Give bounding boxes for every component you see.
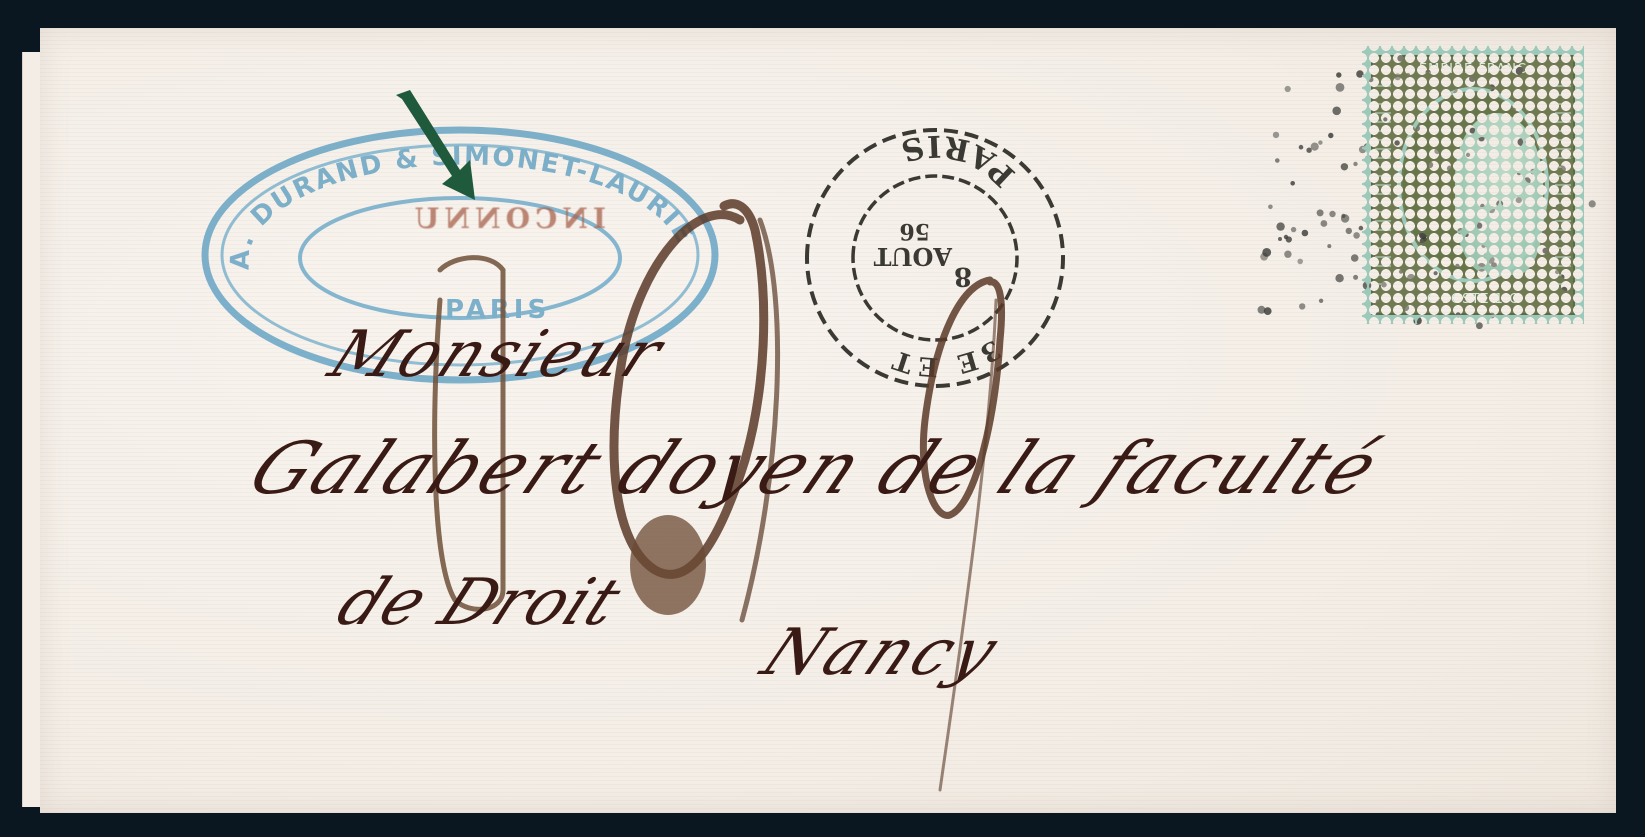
stamp-medallion bbox=[1397, 87, 1549, 283]
postage-stamp: EMPIRE FRANC C·POSTE·1·C bbox=[1362, 46, 1584, 324]
offset-marking: INCONNU bbox=[410, 202, 606, 235]
address-line-1: Monsieur bbox=[318, 318, 675, 392]
stamp-bottom-text: C·POSTE·1·C bbox=[1391, 289, 1555, 311]
address-line-3: de Droit bbox=[326, 566, 633, 640]
address-line-4: Nancy bbox=[750, 616, 1013, 690]
address-line-2: Galabert doyen de la faculté bbox=[236, 426, 1396, 510]
cds-year: 56 bbox=[899, 218, 930, 244]
cds-bottom-text: PARIS bbox=[892, 127, 1022, 193]
stamp-top-text: EMPIRE FRANC bbox=[1391, 59, 1555, 81]
svg-text:PARIS: PARIS bbox=[892, 127, 1022, 193]
portrait-icon bbox=[1455, 113, 1543, 275]
paris-date-stamp: PARIS 3E ET 8 AOUT 56 bbox=[807, 127, 1063, 386]
cds-month: AOUT bbox=[874, 242, 953, 271]
cds-day: 8 bbox=[954, 261, 972, 291]
stamp-frame: EMPIRE FRANC C·POSTE·1·C bbox=[1371, 55, 1575, 315]
stamp-ornament bbox=[1375, 85, 1391, 285]
stamp-ornament bbox=[1555, 85, 1571, 285]
